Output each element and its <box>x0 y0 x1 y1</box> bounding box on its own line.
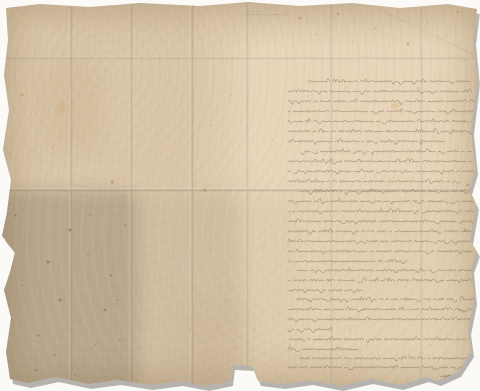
photograph-of-old-letter <box>0 0 480 391</box>
edge-browning <box>0 0 480 391</box>
paper-sheet <box>0 0 480 391</box>
